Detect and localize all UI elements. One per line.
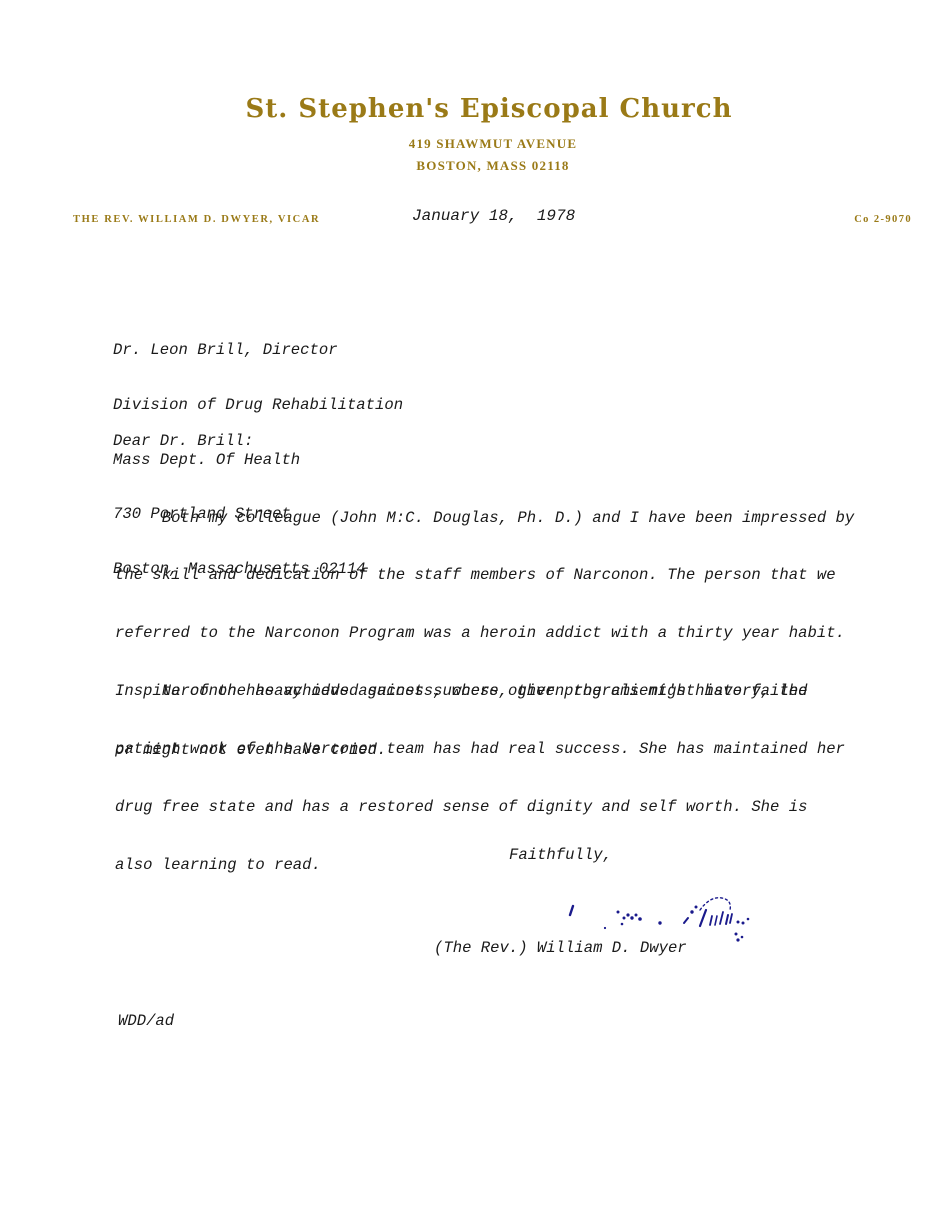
recipient-line: Mass Dept. Of Health [113, 451, 403, 469]
letterhead-phone: Co 2-9070 [854, 214, 912, 225]
letterhead-address-line2: BOSTON, MASS 02118 [0, 158, 950, 174]
recipient-line: Division of Drug Rehabilitation [113, 396, 403, 414]
signer-name: (The Rev.) William D. Dwyer [434, 939, 687, 957]
body-line: referred to the Narconon Program was a h… [115, 624, 854, 643]
body-line: the skill and dedication of the staff me… [115, 566, 854, 585]
body-line: or might not even have tried. [115, 741, 807, 761]
letter-date: January 18, 1978 [412, 207, 575, 225]
body-paragraph-2: Narconon has achieved success, where oth… [115, 643, 807, 799]
letterhead-organization: St. Stephen's Episcopal Church [0, 94, 950, 124]
salutation: Dear Dr. Brill: [113, 432, 253, 450]
closing: Faithfully, [509, 846, 612, 864]
letterhead-address-line1: 419 SHAWMUT AVENUE [0, 136, 950, 152]
recipient-line: Dr. Leon Brill, Director [113, 341, 403, 359]
reference-initials: WDD/ad [118, 1012, 174, 1030]
body-line: drug free state and has a restored sense… [115, 798, 854, 817]
body-line: also learning to read. [115, 856, 854, 875]
body-line: Narconon has achieved success, where oth… [115, 682, 807, 702]
body-line: Both my colleague (John M:C. Douglas, Ph… [115, 509, 854, 528]
letterhead-vicar: THE REV. WILLIAM D. DWYER, VICAR [73, 214, 320, 225]
